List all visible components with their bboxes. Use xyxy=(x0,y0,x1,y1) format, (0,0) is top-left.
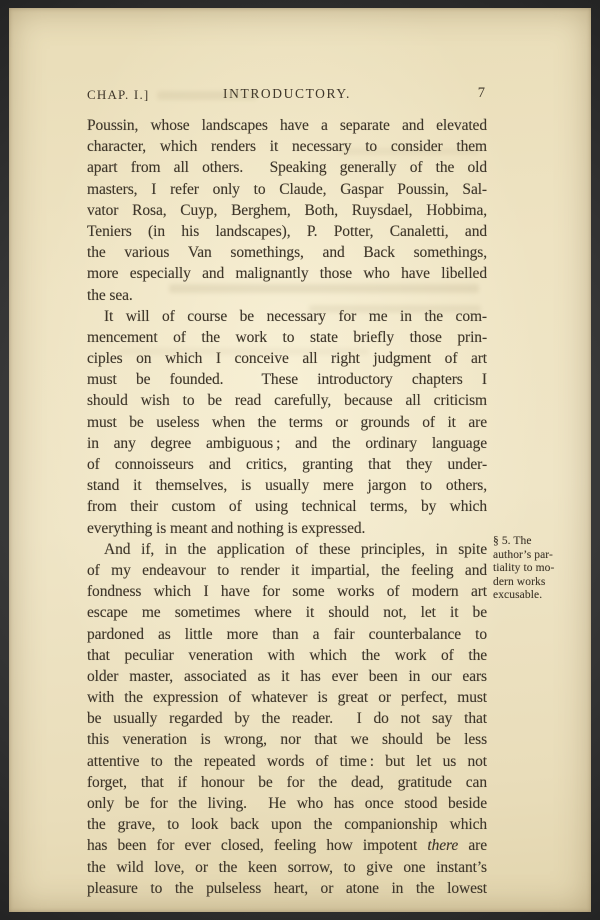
text-line: everything is meant and nothing is expre… xyxy=(87,518,487,539)
text-segment: must be useless when the terms or ground… xyxy=(87,414,487,431)
text-line: attentive to the repeated words of time … xyxy=(87,751,487,772)
text-segment: the sea. xyxy=(87,287,133,304)
text-line: must be founded. These introductory chap… xyxy=(87,369,487,390)
text-line: only be for the living. He who has once … xyxy=(87,793,487,814)
text-line: the wild love, or the keen sorrow, to gi… xyxy=(87,857,487,878)
text-line: vator Rosa, Cuyp, Berghem, Both, Ruysdae… xyxy=(87,200,487,221)
text-line: Poussin, whose landscapes have a separat… xyxy=(87,115,487,136)
text-line: more especially and malignantly those wh… xyxy=(87,263,487,284)
text-line: has been for ever closed, feeling how im… xyxy=(87,835,487,856)
text-line: fondness which I have for some works of … xyxy=(87,581,487,602)
page-header-title: INTRODUCTORY. xyxy=(223,86,351,102)
text-line: older master, associated as it has ever … xyxy=(87,666,487,687)
text-line: Teniers (in his landscapes), P. Potter, … xyxy=(87,221,487,242)
text-line: the grave, to look back upon the compani… xyxy=(87,814,487,835)
text-segment: in any degree ambiguous ; and the ordina… xyxy=(87,435,487,452)
text-line: forget, that if honour be for the dead, … xyxy=(87,772,487,793)
text-segment: vator Rosa, Cuyp, Berghem, Both, Ruysdae… xyxy=(87,202,487,219)
text-line: of connoisseurs and critics, granting th… xyxy=(87,454,487,475)
margin-note-line: dern works xyxy=(493,576,581,590)
text-line: from their custom of using technical ter… xyxy=(87,496,487,517)
paragraph: Poussin, whose landscapes have a separat… xyxy=(87,115,487,306)
margin-note-line: tiality to mo- xyxy=(493,562,581,576)
text-segment: has been for ever closed, feeling how im… xyxy=(87,837,427,854)
text-line: that peculiar veneration with which the … xyxy=(87,645,487,666)
text-line: pleasure to the pulseless heart, or aton… xyxy=(87,878,487,899)
book-page: CHAP. I.] INTRODUCTORY. 7 Poussin, whose… xyxy=(9,8,591,912)
text-line: in any degree ambiguous ; and the ordina… xyxy=(87,433,487,454)
text-segment: of my endeavour to render it impartial, … xyxy=(87,562,487,579)
text-segment: Teniers (in his landscapes), P. Potter, … xyxy=(87,223,487,240)
body-text: Poussin, whose landscapes have a separat… xyxy=(87,115,487,899)
text-segment: with the expression of whatever is great… xyxy=(87,689,487,706)
text-line: of my endeavour to render it impartial, … xyxy=(87,560,487,581)
text-segment: that peculiar veneration with which the … xyxy=(87,647,487,664)
paragraph: And if, in the application of these prin… xyxy=(87,539,487,899)
text-segment: older master, associated as it has ever … xyxy=(87,668,487,685)
text-segment: It will of course be necessary for me in… xyxy=(104,308,487,325)
text-segment: stand it themselves, is usually mere jar… xyxy=(87,477,487,494)
text-line: this veneration is wrong, nor that we sh… xyxy=(87,729,487,750)
text-line: should wish to be read carefully, becaus… xyxy=(87,390,487,411)
emphasized-word: there xyxy=(427,837,458,854)
text-segment: the various Van somethings, and Back som… xyxy=(87,244,487,261)
chapter-label: CHAP. I.] xyxy=(87,87,149,103)
margin-note-line: excusable. xyxy=(493,589,581,603)
text-segment: be usually regarded by the reader. I do … xyxy=(87,710,487,727)
text-segment: Poussin, whose landscapes have a separat… xyxy=(87,117,487,134)
text-segment: character, which renders it necessary to… xyxy=(87,138,487,155)
margin-note: § 5. Theauthor’s par-tiality to mo-dern … xyxy=(493,535,581,603)
text-segment: only be for the living. He who has once … xyxy=(87,795,487,812)
scan-background: { "document": { "colors": { "paper": "#e… xyxy=(0,0,600,920)
text-segment: fondness which I have for some works of … xyxy=(87,583,487,600)
running-header: CHAP. I.] INTRODUCTORY. 7 xyxy=(87,85,487,105)
text-line: And if, in the application of these prin… xyxy=(87,539,487,560)
text-line: It will of course be necessary for me in… xyxy=(87,306,487,327)
text-segment: the wild love, or the keen sorrow, to gi… xyxy=(87,859,487,876)
text-line: stand it themselves, is usually mere jar… xyxy=(87,475,487,496)
text-line: masters, I refer only to Claude, Gaspar … xyxy=(87,179,487,200)
text-line: be usually regarded by the reader. I do … xyxy=(87,708,487,729)
text-line: apart from all others. Speaking generall… xyxy=(87,157,487,178)
text-segment: must be founded. These introductory chap… xyxy=(87,371,487,388)
text-segment: masters, I refer only to Claude, Gaspar … xyxy=(87,181,487,198)
text-segment: should wish to be read carefully, becaus… xyxy=(87,392,487,409)
paragraph: It will of course be necessary for me in… xyxy=(87,306,487,539)
text-segment: forget, that if honour be for the dead, … xyxy=(87,774,487,791)
margin-note-line: author’s par- xyxy=(493,549,581,563)
text-segment: apart from all others. Speaking generall… xyxy=(87,159,487,176)
text-line: with the expression of whatever is great… xyxy=(87,687,487,708)
text-line: the various Van somethings, and Back som… xyxy=(87,242,487,263)
text-segment: mencement of the work to state briefly t… xyxy=(87,329,487,346)
text-segment: more especially and malignantly those wh… xyxy=(87,265,487,282)
text-line: must be useless when the terms or ground… xyxy=(87,412,487,433)
text-line: ciples on which I conceive all right jud… xyxy=(87,348,487,369)
text-segment: everything is meant and nothing is expre… xyxy=(87,520,365,537)
margin-note-line: § 5. The xyxy=(493,535,581,549)
text-segment: pardoned as little more than a fair coun… xyxy=(87,626,487,643)
text-segment: pleasure to the pulseless heart, or aton… xyxy=(87,880,487,897)
page-number: 7 xyxy=(478,85,485,102)
text-segment: the grave, to look back upon the compani… xyxy=(87,816,487,833)
text-line: escape me sometimes where it should not,… xyxy=(87,602,487,623)
text-segment: of connoisseurs and critics, granting th… xyxy=(87,456,487,473)
text-segment: attentive to the repeated words of time … xyxy=(87,753,487,770)
text-segment: And if, in the application of these prin… xyxy=(104,541,487,558)
text-segment: from their custom of using technical ter… xyxy=(87,498,487,515)
text-segment: escape me sometimes where it should not,… xyxy=(87,604,487,621)
text-line: pardoned as little more than a fair coun… xyxy=(87,624,487,645)
text-line: the sea. xyxy=(87,285,487,306)
text-line: character, which renders it necessary to… xyxy=(87,136,487,157)
text-segment: are xyxy=(458,837,487,854)
text-line: mencement of the work to state briefly t… xyxy=(87,327,487,348)
text-segment: ciples on which I conceive all right jud… xyxy=(87,350,487,367)
text-segment: this veneration is wrong, nor that we sh… xyxy=(87,731,487,748)
